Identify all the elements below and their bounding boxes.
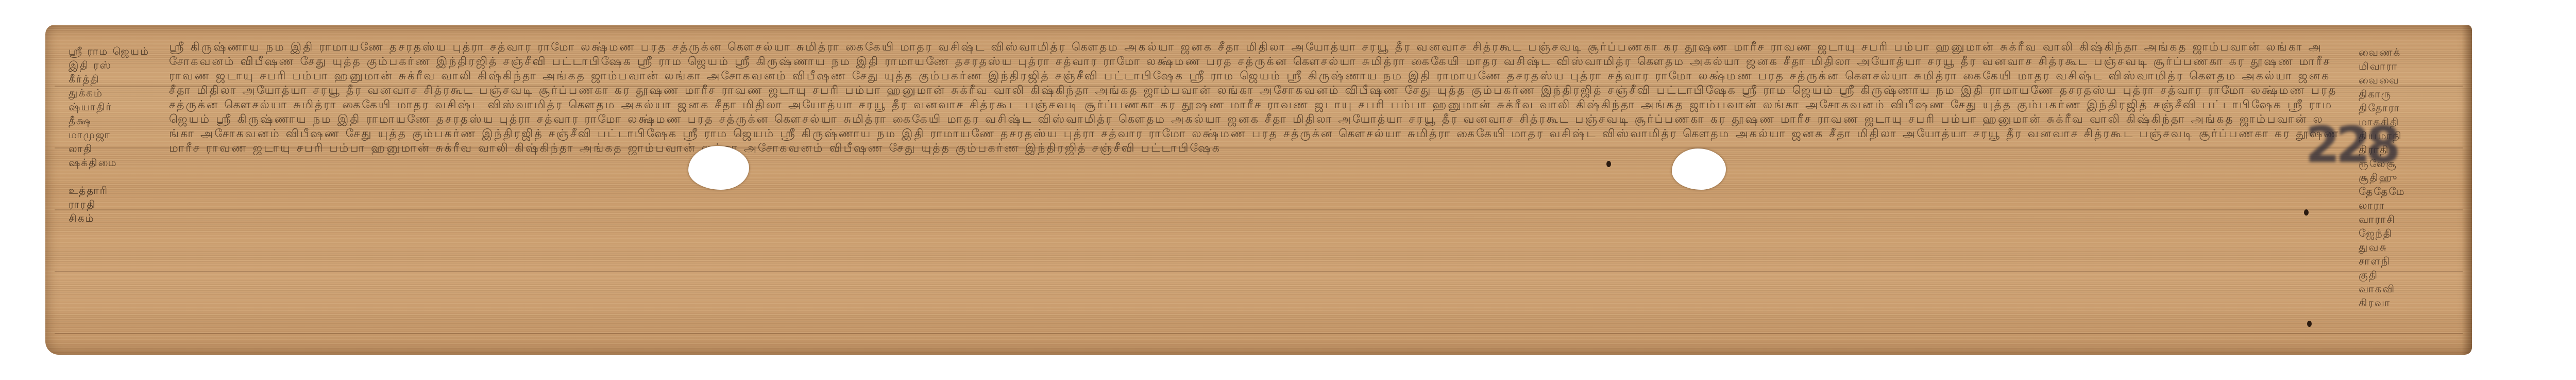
leaf-ink-number: 228 [2306, 117, 2403, 173]
string-hole-left [688, 146, 749, 190]
right-text-column: வைணக் மிவாரா வைவை திகாரு திதோரா மாகசிதி … [2359, 45, 2446, 334]
manuscript-body-text: ஸ்ரீ கிருஷ்ணாய நம இதி ராமாயணே தசரதஸ்ய பு… [169, 40, 2348, 342]
margin-text-column: ஸ்ரீ ராம ஜெயம் இதி ரஸ் கீர்த்தி துக்கம் … [69, 44, 156, 333]
ink-dot [2307, 321, 2312, 327]
string-hole-right [1672, 148, 1726, 190]
ink-dot [1606, 161, 1611, 167]
leaf-edge-shadow [2462, 25, 2472, 355]
palm-leaf: ஸ்ரீ ராம ஜெயம் இதி ரஸ் கீர்த்தி துக்கம் … [45, 25, 2472, 355]
ink-dot [2304, 209, 2309, 216]
